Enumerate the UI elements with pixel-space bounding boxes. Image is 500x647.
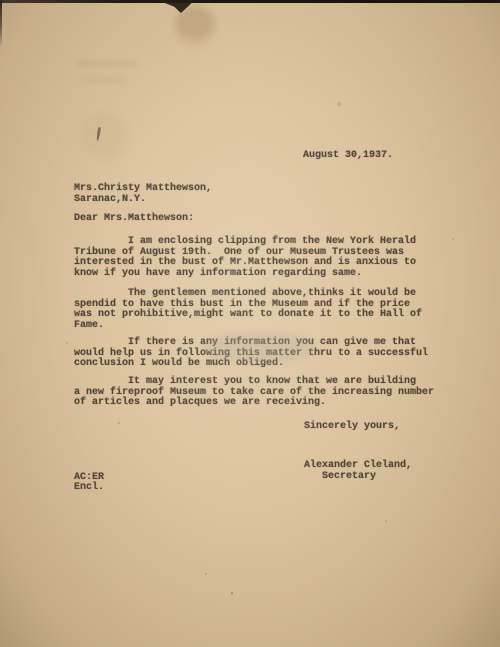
body-paragraph: The gentlemen mentioned above,thinks it …: [74, 289, 422, 331]
letter-paper: August 30,1937. Mrs.Christy Matthewson, …: [0, 0, 500, 647]
paper-speckles: [0, 0, 2, 2]
body-paragraph: It may interest you to know that we are …: [74, 377, 434, 409]
salutation: Dear Mrs.Matthewson:: [74, 214, 194, 225]
signature-block: Alexander Cleland, Secretary: [304, 461, 412, 482]
enclosure-note: Encl.: [74, 483, 104, 494]
letter-date: August 30,1937.: [303, 151, 393, 162]
ink-bleedthrough-mark: [80, 76, 128, 83]
pen-check-mark: [96, 127, 101, 141]
ink-bleedthrough-mark: [76, 60, 138, 67]
scan-edge-top: [0, 0, 500, 3]
paper-stain: [176, 7, 214, 37]
scan-edge-left: [0, 0, 2, 48]
erasure-smudge: [204, 332, 314, 363]
closing-line: Sincerely yours,: [304, 422, 400, 433]
body-paragraph: I am enclosing clipping from the New Yor…: [74, 237, 416, 279]
recipient-address: Mrs.Christy Matthewson, Saranac,N.Y.: [74, 184, 212, 205]
